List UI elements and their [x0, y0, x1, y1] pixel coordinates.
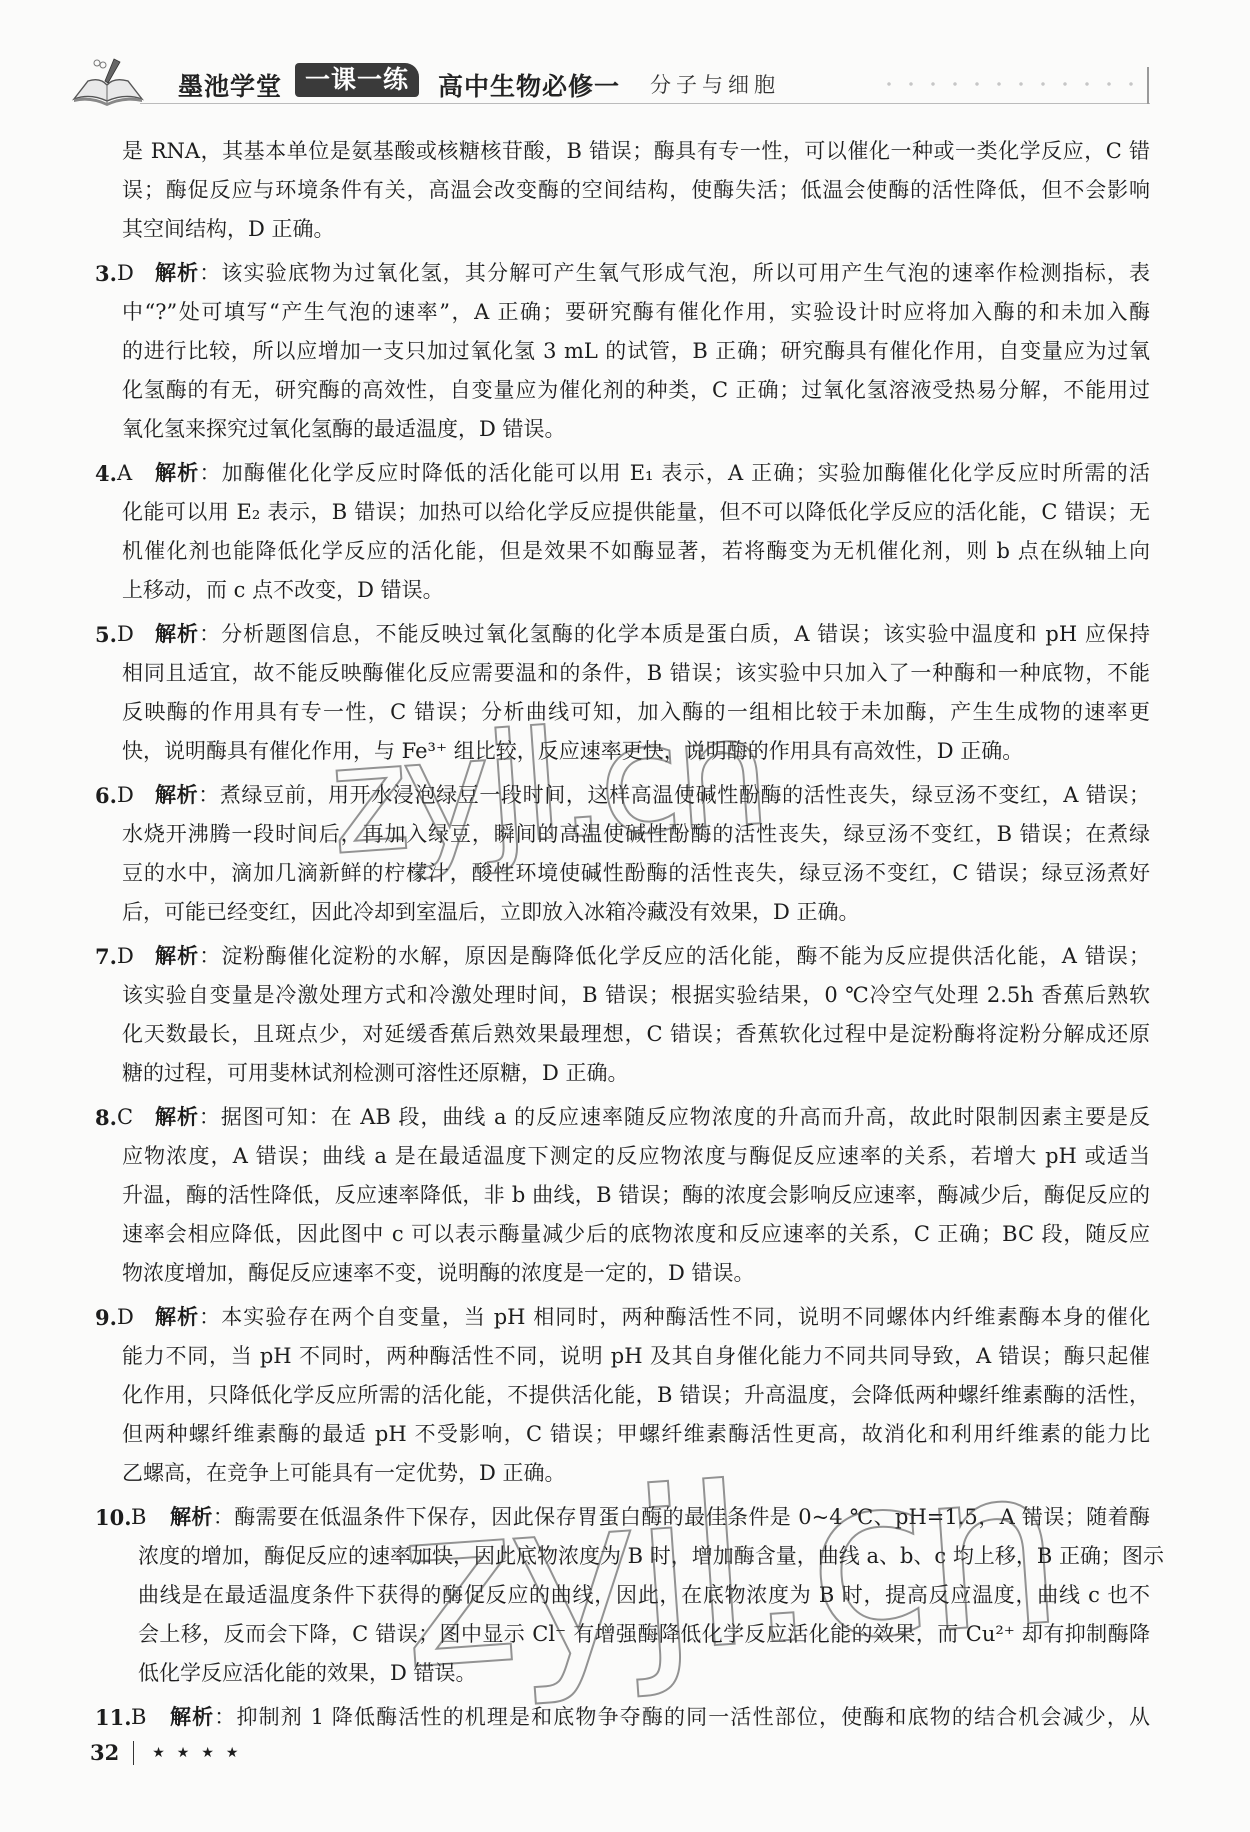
answer-choice: C [117, 1098, 133, 1137]
text-line: 会上移，反而会下降，C 错误；图中显示 Cl⁻ 有增强酶降低化学反应活化能的效果… [138, 1615, 1150, 1654]
text-line: 快，说明酶具有催化作用，与 Fe³⁺ 组比较，反应速率更快，说明酶的作用具有高效… [122, 732, 1150, 771]
text-line: 水烧开沸腾一段时间后，再加入绿豆，瞬间的高温使碱性酚酶的活性丧失，绿豆汤不变红，… [122, 815, 1150, 854]
question-10: 10. B 解析：酶需要在低温条件下保存，因此保存胃蛋白酶的最佳条件是 0~4 … [95, 1498, 1150, 1693]
question-number: 8. [95, 1098, 117, 1137]
question-4: 4. A 解析：加酶催化化学反应时降低的活化能可以用 E₁ 表示，A 正确；实验… [95, 454, 1150, 610]
text-line: 误；酶促反应与环境条件有关，高温会改变酶的空间结构，使酶失活；低温会使酶的活性降… [122, 171, 1150, 210]
header-rule [140, 103, 1150, 104]
text-line: 中“?”处可填写“产生气泡的速率”，A 正确；要研究酶有催化作用，实验设计时应将… [122, 293, 1150, 332]
question-9: 9. D 解析：本实验存在两个自变量，当 pH 相同时，两种酶活性不同，说明不同… [95, 1298, 1150, 1493]
question-5: 5. D 解析：分析题图信息，不能反映过氧化氢酶的化学本质是蛋白质，A 错误；该… [95, 615, 1150, 771]
text-line: 反映酶的作用具有专一性，C 错误；分析曲线可知，加入酶的一组相比较于未加酶，产生… [122, 693, 1150, 732]
text-line: 糖的过程，可用斐林试剂检测可溶性还原糖，D 正确。 [122, 1054, 1150, 1093]
text-line: 浓度的增加，酶促反应的速率加快，因此底物浓度为 B 时，增加酶含量，曲线 a、b… [138, 1537, 1150, 1576]
question-number: 4. [95, 454, 117, 493]
question-number: 10. [95, 1498, 132, 1537]
text-line: 曲线是在最适温度条件下获得的酶促反应的曲线，因此，在底物浓度为 B 时，提高反应… [138, 1576, 1150, 1615]
question-3: 3. D 解析：该实验底物为过氧化氢，其分解可产生氧气形成气泡，所以可用产生气泡… [95, 254, 1150, 449]
difficulty-stars-icon: ★★★★ [152, 1745, 250, 1761]
text-line: 乙螺高，在竞争上可能具有一定优势，D 正确。 [122, 1454, 1150, 1493]
analysis-label: 解析 [155, 1305, 199, 1329]
brand-name: 墨池学堂 [178, 67, 282, 103]
text-line: 氧化氢来探究过氧化氢酶的最适温度，D 错误。 [122, 410, 1150, 449]
analysis-label: 解析 [155, 944, 199, 968]
text-line: ：抑制剂 1 降低酶活性的机理是和底物争夺酶的同一活性部位，使酶和底物的结合机会… [214, 1705, 1150, 1729]
answer-choice: B [131, 1498, 146, 1537]
text-line: 该实验自变量是冷激处理方式和冷激处理时间，B 错误；根据实验结果，0 ℃冷空气处… [122, 976, 1150, 1015]
text-line: 低化学反应活化能的效果，D 错误。 [138, 1654, 1150, 1693]
text-line: ：分析题图信息，不能反映过氧化氢酶的化学本质是蛋白质，A 错误；该实验中温度和 … [199, 622, 1150, 646]
question-number: 11. [95, 1698, 132, 1737]
text-line: ：酶需要在低温条件下保存，因此保存胃蛋白酶的最佳条件是 0~4 ℃、pH=1.5… [213, 1505, 1150, 1529]
question-number: 5. [95, 615, 117, 654]
question-number: 7. [95, 937, 117, 976]
text-line: ：淀粉酶催化淀粉的水解，原因是酶降低化学反应的活化能，酶不能为反应提供活化能，A… [199, 944, 1150, 968]
text-line: 机催化剂也能降低化学反应的活化能，但是效果不如酶显著，若将酶变为无机催化剂，则 … [122, 532, 1150, 571]
analysis-label: 解析 [155, 622, 199, 646]
question-6: 6. D 解析：煮绿豆前，用开水浸泡绿豆一段时间，这样高温使碱性酚酶的活性丧失，… [95, 776, 1150, 932]
answer-choice: D [117, 937, 134, 976]
text-line: 化作用，只降低化学反应所需的活化能，不提供活化能，B 错误；升高温度，会降低两种… [122, 1376, 1150, 1415]
text-line: ：据图可知：在 AB 段，曲线 a 的反应速率随反应物浓度的升高而升高，故此时限… [199, 1105, 1150, 1129]
text-line: 后，可能已经变红，因此冷却到室温后，立即放入冰箱冷藏没有效果，D 正确。 [122, 893, 1150, 932]
series-badge: 一课一练 [295, 63, 419, 97]
analysis-label: 解析 [170, 1505, 213, 1529]
text-line: 化天数最长，且斑点少，对延缓香蕉后熟效果最理想，C 错误；香蕉软化过程中是淀粉酶… [122, 1015, 1150, 1054]
header-end-bar [1147, 67, 1149, 104]
analysis-label: 解析 [155, 783, 198, 807]
answer-choice: D [117, 254, 134, 293]
analysis-label: 解析 [155, 461, 199, 485]
question-number: 9. [95, 1298, 117, 1337]
text-line: 应物浓度，A 错误；曲线 a 是在最适温度下测定的反应物浓度与酶促反应速率的关系… [122, 1137, 1150, 1176]
text-line: 物浓度增加，酶促反应速率不变，说明酶的浓度是一定的，D 错误。 [122, 1254, 1150, 1293]
text-line: 的进行比较，所以应增加一支只加过氧化氢 3 mL 的试管，B 正确；研究酶具有催… [122, 332, 1150, 371]
text-line: 化能可以用 E₂ 表示，B 错误；加热可以给化学反应提供能量，但不可以降低化学反… [122, 493, 1150, 532]
text-line: 能力不同，当 pH 不同时，两种酶活性不同，说明 pH 及其自身催化能力不同共同… [122, 1337, 1150, 1376]
page-header: 墨池学堂 一课一练 高中生物必修一 分子与细胞 [70, 55, 1150, 110]
text-line: 其空间结构，D 正确。 [122, 210, 1150, 249]
text-line: 升温，酶的活性降低，反应速率降低，非 b 曲线，B 错误；酶的浓度会影响反应速率… [122, 1176, 1150, 1215]
book-subject: 高中生物必修一 [438, 67, 620, 103]
text-line: 上移动，而 c 点不改变，D 错误。 [122, 571, 1150, 610]
text-line: ：本实验存在两个自变量，当 pH 相同时，两种酶活性不同，说明不同螺体内纤维素酶… [199, 1305, 1150, 1329]
analysis-label: 解析 [170, 1705, 214, 1729]
footer-divider [133, 1741, 134, 1765]
text-line: ：加酶催化化学反应时降低的活化能可以用 E₁ 表示，A 正确；实验加酶催化化学反… [199, 461, 1150, 485]
text-line: 是 RNA，其基本单位是氨基酸或核糖核苷酸，B 错误；酶具有专一性，可以催化一种… [122, 132, 1150, 171]
analysis-label: 解析 [155, 1105, 199, 1129]
page-number: 32 [90, 1740, 119, 1765]
answer-explanations: 是 RNA，其基本单位是氨基酸或核糖核苷酸，B 错误；酶具有专一性，可以催化一种… [95, 132, 1150, 1742]
answer-choice: A [117, 454, 132, 493]
question-8: 8. C 解析：据图可知：在 AB 段，曲线 a 的反应速率随反应物浓度的升高而… [95, 1098, 1150, 1293]
answer-choice: D [117, 615, 134, 654]
book-subtitle: 分子与细胞 [650, 69, 780, 99]
question-number: 6. [95, 776, 117, 815]
question-number: 3. [95, 254, 117, 293]
answer-choice: D [117, 776, 134, 815]
text-line: ：煮绿豆前，用开水浸泡绿豆一段时间，这样高温使碱性酚酶的活性丧失，绿豆汤不变红，… [198, 783, 1150, 807]
text-line: ：该实验底物为过氧化氢，其分解可产生氧气形成气泡，所以可用产生气泡的速率作检测指… [199, 261, 1150, 285]
page-footer: 32 ★★★★ [90, 1740, 250, 1765]
answer-choice: B [131, 1698, 146, 1737]
text-line: 速率会相应降低，因此图中 c 可以表示酶量减少后的底物浓度和反应速率的关系，C … [122, 1215, 1150, 1254]
header-dots-decoration [878, 81, 1148, 87]
text-line: 化氢酶的有无，研究酶的高效性，自变量应为催化剂的种类，C 正确；过氧化氢溶液受热… [122, 371, 1150, 410]
question-11: 11. B 解析：抑制剂 1 降低酶活性的机理是和底物争夺酶的同一活性部位，使酶… [95, 1698, 1150, 1737]
text-line: 相同且适宜，故不能反映酶催化反应需要温和的条件，B 错误；该实验中只加入了一种酶… [122, 654, 1150, 693]
open-book-pencil-icon [70, 55, 145, 107]
answer-choice: D [117, 1298, 134, 1337]
intro-continuation: 是 RNA，其基本单位是氨基酸或核糖核苷酸，B 错误；酶具有专一性，可以催化一种… [95, 132, 1150, 249]
text-line: 但两种螺纤维素酶的最适 pH 不受影响，C 错误；甲螺纤维素酶活性更高，故消化和… [122, 1415, 1150, 1454]
text-line: 豆的水中，滴加几滴新鲜的柠檬汁，酸性环境使碱性酚酶的活性丧失，绿豆汤不变红，C … [122, 854, 1150, 893]
question-7: 7. D 解析：淀粉酶催化淀粉的水解，原因是酶降低化学反应的活化能，酶不能为反应… [95, 937, 1150, 1093]
analysis-label: 解析 [155, 261, 199, 285]
